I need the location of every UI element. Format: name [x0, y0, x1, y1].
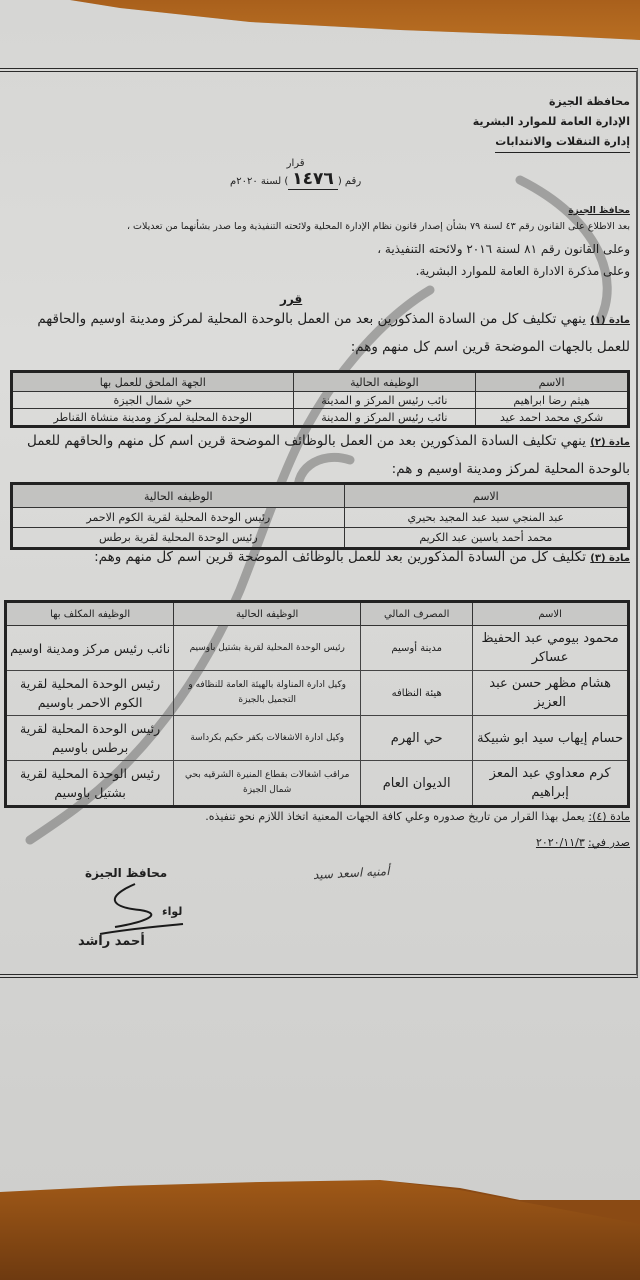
column-header: الوظيفه الحالية — [174, 602, 361, 626]
article-3: مادة (٣) تكليف كل من السادة المذكورين بع… — [8, 544, 630, 572]
decree-number: ١٤٧٦ — [288, 169, 338, 190]
article-1-table: الاسم الوظيفه الحالية الجهة الملحق للعمل… — [10, 370, 630, 428]
cell-name: حسام إيهاب سيد ابو شبيكة — [473, 716, 629, 761]
column-header: الاسم — [476, 372, 629, 392]
column-header: الاسم — [344, 484, 628, 508]
preamble-memo: وعلى مذكرة الادارة العامة للموارد البشري… — [8, 260, 630, 282]
article-4-label: مادة (٤): — [588, 810, 630, 823]
cell-name: هشام مظهر حسن عبد العزيز — [473, 671, 629, 716]
section-name: إدارة التنقلات والانتدابات — [495, 132, 630, 153]
issue-date: صدر في: ٢٠٢٠/١١/٣ — [536, 836, 630, 849]
cell-name: عبد المنجي سيد عبد المجيد بحيري — [344, 508, 628, 528]
article-1-label: مادة (١) — [590, 315, 630, 326]
article-3-label: مادة (٣) — [590, 553, 630, 564]
article-2-text: ينهي تكليف السادة المذكورين بعد من العمل… — [27, 433, 630, 477]
column-header: الاسم — [473, 602, 629, 626]
cell-current-job: وكيل ادارة المناولة بالهيئة العامة للنظا… — [174, 671, 361, 716]
decree-year: ) لسنة ٢٠٢٠م — [230, 176, 288, 187]
preamble-law-43: بعد الاطلاع على القانون رقم ٤٣ لسنة ٧٩ ب… — [8, 216, 630, 238]
decree-number-block: قرار رقم (١٤٧٦) لسنة ٢٠٢٠م — [230, 158, 361, 189]
article-2-table: الاسم الوظيفه الحالية عبد المنجي سيد عبد… — [10, 482, 630, 550]
article-1: مادة (١) ينهي تكليف كل من السادة المذكور… — [8, 306, 630, 360]
article-2: مادة (٢) ينهي تكليف السادة المذكورين بعد… — [8, 428, 630, 482]
decided-heading: قرر — [280, 292, 302, 306]
cell-financial-unit: هيئة النظافه — [361, 671, 473, 716]
article-2-label: مادة (٢) — [590, 437, 630, 448]
table-row: كرم معداوي عبد المعز إبراهيم الديوان الع… — [6, 761, 629, 807]
cell-name: هيثم رضا ابراهيم — [476, 392, 629, 409]
cell-name: محمود بيومي عبد الحفيظ عساكر — [473, 626, 629, 671]
table-row: شكري محمد احمد عيد نائب رئيس المركز و ال… — [12, 409, 629, 427]
table-row: محمود بيومي عبد الحفيظ عساكر مدينة أوسيم… — [6, 626, 629, 671]
governor-label: محافظ الجيزة — [568, 206, 630, 216]
table-row: هشام مظهر حسن عبد العزيز هيئة النظافه وك… — [6, 671, 629, 716]
signatory-name: أحمد راشد — [78, 934, 145, 949]
cell-name: كرم معداوي عبد المعز إبراهيم — [473, 761, 629, 807]
issue-date-label: صدر في: — [588, 836, 630, 849]
cell-financial-unit: مدينة أوسيم — [361, 626, 473, 671]
table-row: هيثم رضا ابراهيم نائب رئيس المركز و المد… — [12, 392, 629, 409]
cell-current-job: رئيس الوحدة المحلية لقرية الكوم الاحمر — [12, 508, 345, 528]
article-1-text: ينهي تكليف كل من السادة المذكورين بعد من… — [37, 311, 630, 355]
governorate-name: محافظة الجيزة — [473, 92, 630, 112]
issue-date-value: ٢٠٢٠/١١/٣ — [536, 836, 585, 849]
article-3-text: تكليف كل من السادة المذكورين بعد للعمل ب… — [94, 549, 586, 565]
cell-assigned-job: نائب رئيس مركز ومدينة اوسيم — [6, 626, 174, 671]
cell-current-job: نائب رئيس المركز و المدينة — [293, 409, 476, 427]
article-4: مادة (٤): يعمل بهذا القرار من تاريخ صدور… — [205, 810, 630, 823]
cell-current-job: وكيل ادارة الاشغالات بكفر حكيم بكرداسة — [174, 716, 361, 761]
signatory-title: محافظ الجيزة — [85, 866, 167, 880]
decree-title: قرار — [230, 158, 361, 169]
cell-assigned-job: رئيس الوحدة المحلية لقرية بشتيل باوسيم — [6, 761, 174, 807]
cell-current-job: نائب رئيس المركز و المدينة — [293, 392, 476, 409]
column-header: الوظيفه المكلف بها — [6, 602, 174, 626]
preamble: بعد الاطلاع على القانون رقم ٤٣ لسنة ٧٩ ب… — [8, 216, 630, 282]
article-3-table: الاسم المصرف المالي الوظيفه الحالية الوظ… — [4, 600, 630, 808]
cell-assigned-job: رئيس الوحدة المحلية لقرية برطس باوسيم — [6, 716, 174, 761]
preamble-law-81: وعلى القانون رقم ٨١ لسنة ٢٠١٦ ولائحته ال… — [8, 238, 630, 260]
column-header: الوظيفه الحالية — [293, 372, 476, 392]
signatory-rank: لواء — [162, 905, 182, 918]
document-page: محافظة الجيزة الإدارة العامة للموارد الب… — [0, 0, 640, 1200]
column-header: الوظيفه الحالية — [12, 484, 345, 508]
letterhead: محافظة الجيزة الإدارة العامة للموارد الب… — [473, 92, 630, 153]
column-header: المصرف المالي — [361, 602, 473, 626]
table-row: عبد المنجي سيد عبد المجيد بحيري رئيس الو… — [12, 508, 629, 528]
table-row: حسام إيهاب سيد ابو شبيكة حي الهرم وكيل ا… — [6, 716, 629, 761]
cell-current-job: رئيس الوحدة المحلية لقرية بشتيل باوسيم — [174, 626, 361, 671]
decree-number-prefix: رقم ( — [338, 176, 361, 187]
cell-financial-unit: الديوان العام — [361, 761, 473, 807]
column-header: الجهة الملحق للعمل بها — [12, 372, 294, 392]
cell-financial-unit: حي الهرم — [361, 716, 473, 761]
cell-attached-entity: حي شمال الجيزة — [12, 392, 294, 409]
cell-attached-entity: الوحدة المحلية لمركز ومدينة منشاة القناط… — [12, 409, 294, 427]
cell-current-job: مراقب اشغالات بقطاع المنيرة الشرقيه بحي … — [174, 761, 361, 807]
cell-name: شكري محمد احمد عيد — [476, 409, 629, 427]
cell-assigned-job: رئيس الوحدة المحلية لقرية الكوم الاحمر ب… — [6, 671, 174, 716]
department-name: الإدارة العامة للموارد البشرية — [473, 112, 630, 132]
article-4-text: يعمل بهذا القرار من تاريخ صدوره وعلي كاف… — [205, 810, 585, 823]
